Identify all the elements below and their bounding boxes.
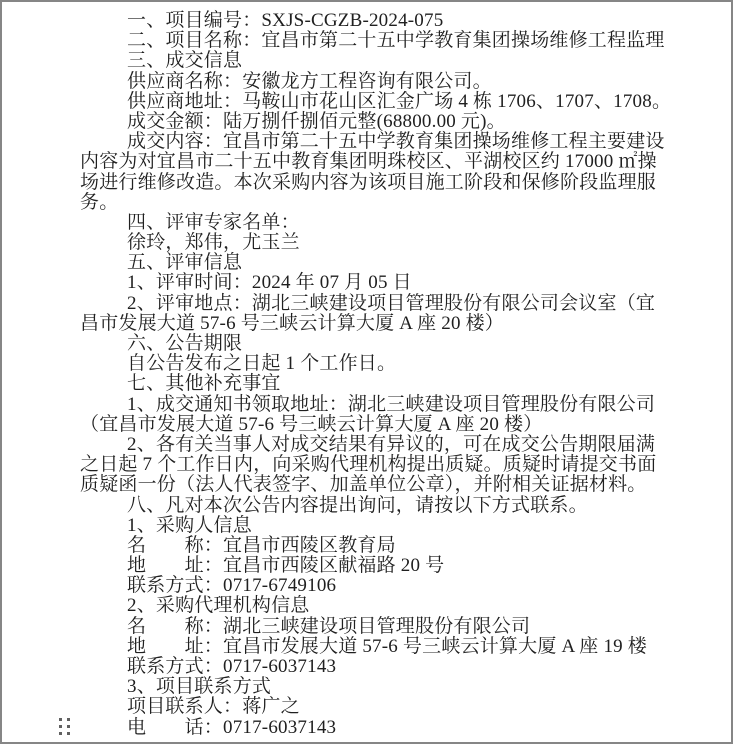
- supplier-name: 供应商名称：安徽龙方工程咨询有限公司。: [80, 72, 670, 92]
- objection-clause-3: 质疑函一份（法人代表签字、加盖单位公章），并附相关证据材料。: [80, 475, 670, 495]
- drag-handle[interactable]: [59, 718, 70, 735]
- handle-dot: [59, 718, 62, 721]
- review-location-1: 2、评审地点：湖北三峡建设项目管理股份有限公司会议室（宜: [80, 294, 670, 314]
- project-contact-heading: 3、项目联系方式: [80, 677, 670, 697]
- award-content-4: 务。: [80, 193, 670, 213]
- project-name: 二、项目名称：宜昌市第二十五中学教育集团操场维修工程监理: [80, 31, 670, 51]
- handle-dot: [59, 732, 62, 735]
- screenshot-root: { "page": { "background_color": "#ffffff…: [0, 0, 734, 752]
- agency-address: 地 址：宜昌市发展大道 57-6 号三峡云计算大厦 A 座 19 楼: [80, 637, 670, 657]
- agency-phone: 联系方式：0717-6037143: [80, 657, 670, 677]
- award-amount: 成交金额：陆万捌仟捌佰元整(68800.00 元)。: [80, 112, 670, 132]
- purchaser-info-heading: 1、采购人信息: [80, 516, 670, 536]
- handle-dot: [67, 718, 70, 721]
- section-other-matters: 七、其他补充事宜: [80, 374, 670, 394]
- review-location-2: 昌市发展大道 57-6 号三峡云计算大厦 A 座 20 楼）: [80, 314, 670, 334]
- handle-dot: [59, 725, 62, 728]
- section-experts: 四、评审专家名单：: [80, 213, 670, 233]
- project-contact-person: 项目联系人：蒋广之: [80, 697, 670, 717]
- purchaser-address: 地 址：宜昌市西陵区献福路 20 号: [80, 556, 670, 576]
- award-content-3: 场进行维修改造。本次采购内容为该项目施工阶段和保修阶段监理服: [80, 173, 670, 193]
- section-contact: 八、凡对本次公告内容提出询问，请按以下方式联系。: [80, 496, 670, 516]
- objection-clause-1: 2、各有关当事人对成交结果有异议的，可在成交公告期限届满: [80, 435, 670, 455]
- project-contact-phone: 电 话：0717-6037143: [80, 718, 670, 738]
- supplier-address: 供应商地址：马鞍山市花山区汇金广场 4 栋 1706、1707、1708。: [80, 92, 670, 112]
- objection-clause-2: 之日起 7 个工作日内，向采购代理机构提出质疑。质疑时请提交书面: [80, 455, 670, 475]
- agency-info-heading: 2、采购代理机构信息: [80, 596, 670, 616]
- award-content-1: 成交内容：宜昌市第二十五中学教育集团操场维修工程主要建设: [80, 132, 670, 152]
- award-content-2: 内容为对宜昌市二十五中教育集团明珠校区、平湖校区约 17000 ㎡操: [80, 152, 670, 172]
- handle-dot: [67, 732, 70, 735]
- purchaser-phone: 联系方式：0717-6749106: [80, 576, 670, 596]
- announcement-period: 自公告发布之日起 1 个工作日。: [80, 354, 670, 374]
- notice-pickup-address-1: 1、成交通知书领取地址：湖北三峡建设项目管理股份有限公司: [80, 395, 670, 415]
- handle-dot: [67, 725, 70, 728]
- agency-name: 名 称：湖北三峡建设项目管理股份有限公司: [80, 617, 670, 637]
- purchaser-name: 名 称：宜昌市西陵区教育局: [80, 536, 670, 556]
- section-award-info: 三、成交信息: [80, 51, 670, 71]
- section-review-info: 五、评审信息: [80, 253, 670, 273]
- document-page: 一、项目编号：SXJS-CGZB-2024-075二、项目名称：宜昌市第二十五中…: [0, 0, 733, 744]
- project-number: 一、项目编号：SXJS-CGZB-2024-075: [80, 11, 670, 31]
- announcement-body: 一、项目编号：SXJS-CGZB-2024-075二、项目名称：宜昌市第二十五中…: [80, 11, 670, 738]
- notice-pickup-address-2: （宜昌市发展大道 57-6 号三峡云计算大厦 A 座 20 楼）: [80, 415, 670, 435]
- experts-names: 徐玲，郑伟，尤玉兰: [80, 233, 670, 253]
- review-time: 1、评审时间：2024 年 07 月 05 日: [80, 273, 670, 293]
- section-announcement-period: 六、公告期限: [80, 334, 670, 354]
